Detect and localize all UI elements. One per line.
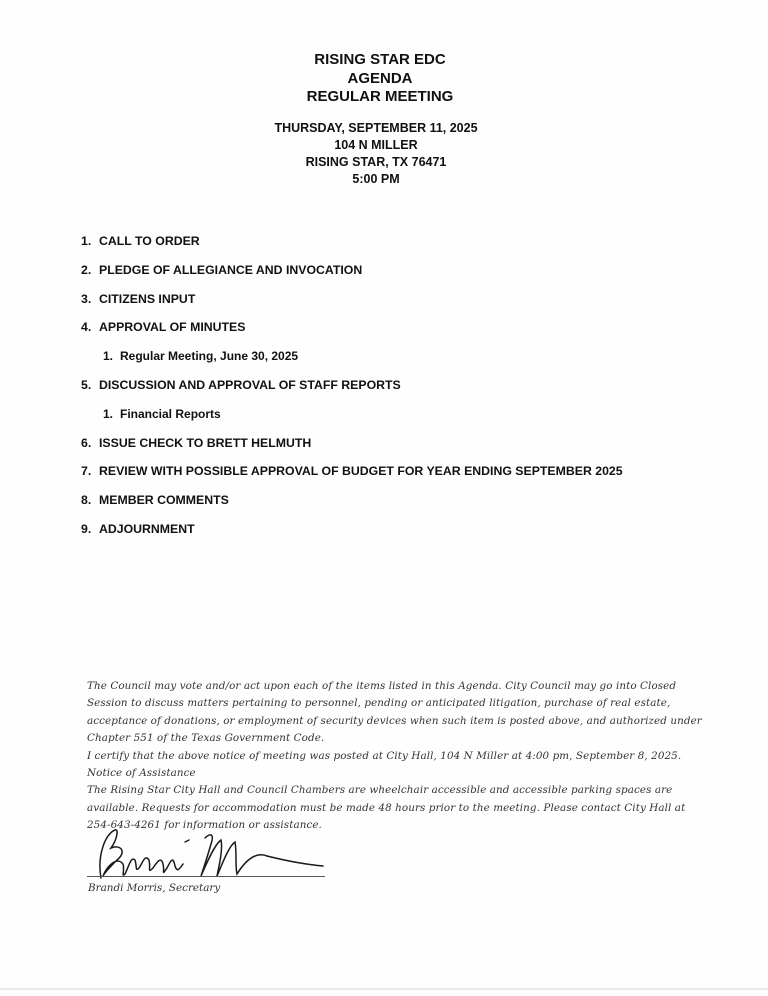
meeting-city: RISING STAR, TX 76471: [0, 154, 760, 171]
item-label: Financial Reports: [120, 407, 221, 421]
item-label: CITIZENS INPUT: [99, 292, 195, 306]
agenda-item: 3.CITIZENS INPUT: [81, 291, 721, 320]
item-label: MEMBER COMMENTS: [99, 493, 229, 507]
item-number: 1.: [103, 406, 120, 422]
agenda-item: 9.ADJOURNMENT: [81, 521, 721, 550]
item-label: REVIEW WITH POSSIBLE APPROVAL OF BUDGET …: [99, 464, 623, 478]
agenda-page: RISING STAR EDC AGENDA REGULAR MEETING T…: [0, 0, 768, 996]
item-label: CALL TO ORDER: [99, 234, 200, 248]
item-number: 5.: [81, 377, 99, 393]
meeting-date: THURSDAY, SEPTEMBER 11, 2025: [0, 120, 760, 137]
signer-name: Brandi Morris, Secretary: [88, 882, 220, 894]
handwritten-signature: [87, 826, 337, 882]
item-number: 9.: [81, 521, 99, 537]
item-number: 7.: [81, 463, 99, 479]
item-number: 4.: [81, 319, 99, 335]
agenda-item: 1.CALL TO ORDER: [81, 233, 721, 262]
agenda-item: 8.MEMBER COMMENTS: [81, 492, 721, 521]
document-type: AGENDA: [0, 70, 764, 89]
agenda-item: 5.DISCUSSION AND APPROVAL OF STAFF REPOR…: [81, 377, 721, 406]
title-block: RISING STAR EDC AGENDA REGULAR MEETING: [0, 51, 768, 107]
item-number: 3.: [81, 291, 99, 307]
item-label: ISSUE CHECK TO BRETT HELMUTH: [99, 436, 311, 450]
notice-line: available. Requests for accommodation mu…: [87, 800, 723, 817]
meeting-time: 5:00 PM: [0, 171, 760, 188]
meeting-details: THURSDAY, SEPTEMBER 11, 2025 104 N MILLE…: [0, 120, 768, 188]
agenda-item: 2.PLEDGE OF ALLEGIANCE AND INVOCATION: [81, 262, 721, 291]
item-number: 8.: [81, 492, 99, 508]
item-label: PLEDGE OF ALLEGIANCE AND INVOCATION: [99, 263, 362, 277]
notice-line: Session to discuss matters pertaining to…: [87, 695, 723, 712]
notice-line: I certify that the above notice of meeti…: [87, 748, 723, 765]
notice-line: Notice of Assistance: [87, 765, 723, 782]
agenda-subitem: 1.Regular Meeting, June 30, 2025: [81, 348, 721, 377]
item-number: 6.: [81, 435, 99, 451]
signature-line: [87, 876, 325, 877]
scan-edge-divider: [0, 988, 768, 990]
agenda-item: 4.APPROVAL OF MINUTES: [81, 319, 721, 348]
item-label: Regular Meeting, June 30, 2025: [120, 349, 298, 363]
legal-notice: The Council may vote and/or act upon eac…: [87, 678, 727, 835]
agenda-item: 7.REVIEW WITH POSSIBLE APPROVAL OF BUDGE…: [81, 463, 721, 492]
item-label: ADJOURNMENT: [99, 522, 195, 536]
item-number: 1.: [103, 348, 120, 364]
agenda-list: 1.CALL TO ORDER2.PLEDGE OF ALLEGIANCE AN…: [81, 233, 721, 550]
agenda-item: 6.ISSUE CHECK TO BRETT HELMUTH: [81, 435, 721, 464]
item-number: 1.: [81, 233, 99, 249]
meeting-address: 104 N MILLER: [0, 137, 760, 154]
organization-name: RISING STAR EDC: [0, 51, 764, 70]
notice-line: acceptance of donations, or employment o…: [87, 713, 723, 730]
notice-line: The Rising Star City Hall and Council Ch…: [87, 782, 723, 799]
meeting-type: REGULAR MEETING: [0, 88, 764, 107]
notice-line: The Council may vote and/or act upon eac…: [87, 678, 723, 695]
agenda-subitem: 1.Financial Reports: [81, 406, 721, 435]
item-label: DISCUSSION AND APPROVAL OF STAFF REPORTS: [99, 378, 401, 392]
signature-block: Brandi Morris, Secretary: [87, 826, 337, 906]
item-number: 2.: [81, 262, 99, 278]
item-label: APPROVAL OF MINUTES: [99, 320, 245, 334]
notice-line: Chapter 551 of the Texas Government Code…: [87, 730, 723, 747]
